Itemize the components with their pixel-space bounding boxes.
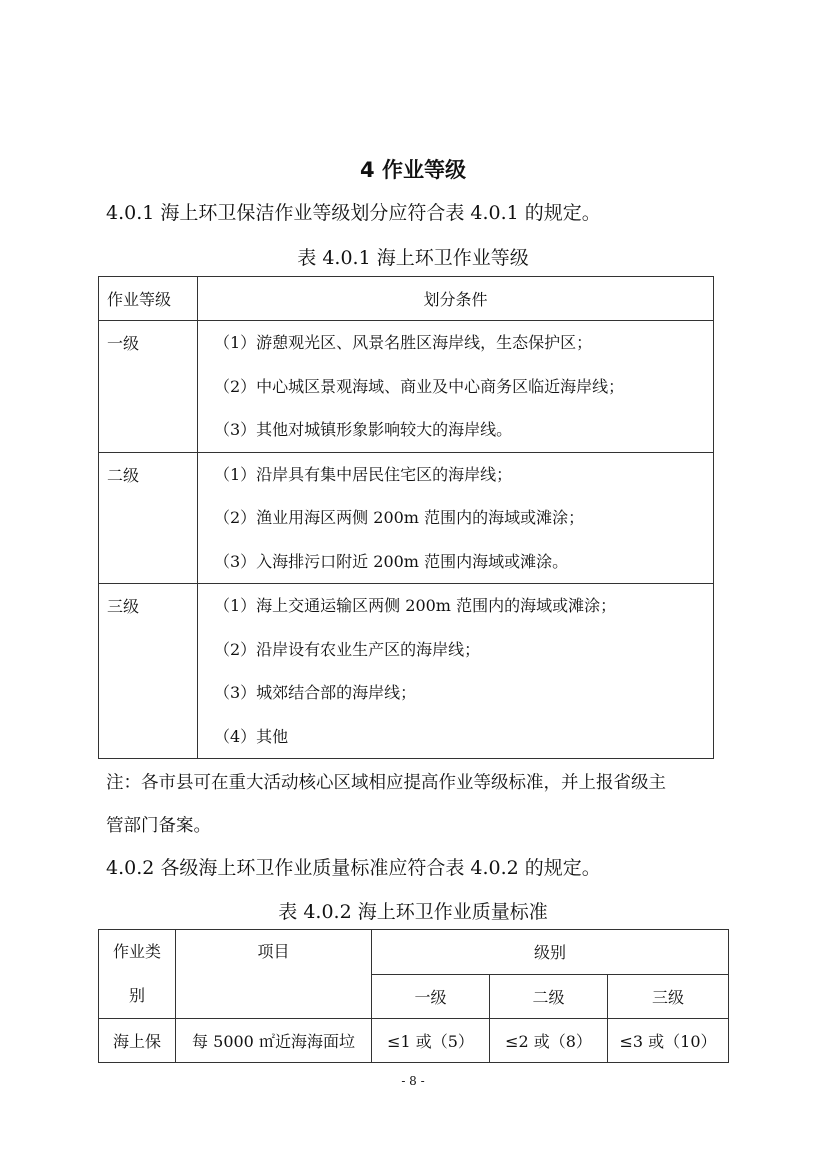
table2-caption: 表 4.0.2 海上环卫作业质量标准 [0,897,826,924]
table-row: 三级 （1）海上交通运输区两侧 200m 范围内的海域或滩涂； （2）沿岸设有农… [99,584,714,759]
table-header-row: 作业类 别 项目 级别 [99,930,729,975]
conditions-cell: （1）沿岸具有集中居民住宅区的海岸线； （2）渔业用海区两侧 200m 范围内的… [198,452,714,584]
grade-cell: 三级 [99,584,198,759]
section-heading: 4 作业等级 [0,154,826,184]
header-grade: 作业等级 [99,277,198,321]
grade-cell: 一级 [99,321,198,453]
condition-line: （1）海上交通运输区两侧 200m 范围内的海域或滩涂； [214,584,713,628]
header-level-2: 二级 [490,974,608,1019]
category-cell: 海上保 [99,1019,176,1063]
condition-line: （2）沿岸设有农业生产区的海岸线； [214,628,713,672]
condition-line: （2）渔业用海区两侧 200m 范围内的海域或滩涂； [214,496,713,540]
note-line-2: 管部门备案。 [106,812,211,837]
conditions-cell: （1）海上交通运输区两侧 200m 范围内的海域或滩涂； （2）沿岸设有农业生产… [198,584,714,759]
condition-line: （3）城郊结合部的海岸线； [214,671,713,715]
header-level-1: 一级 [372,974,490,1019]
table1-caption: 表 4.0.1 海上环卫作业等级 [0,243,826,270]
condition-line: （4）其他 [214,715,713,759]
note-line-1: 注：各市县可在重大活动核心区域相应提高作业等级标准，并上报省级主 [106,769,666,794]
header-level: 级别 [372,930,729,975]
table-work-grades: 作业等级 划分条件 一级 （1）游憩观光区、风景名胜区海岸线，生态保护区； （2… [98,276,714,759]
condition-line: （2）中心城区景观海域、商业及中心商务区临近海岸线； [214,365,713,409]
header-category-line2: 别 [99,974,175,1018]
table-row: 一级 （1）游憩观光区、风景名胜区海岸线，生态保护区； （2）中心城区景观海域、… [99,321,714,453]
level-1-value: ≤1 或（5） [372,1019,490,1063]
header-level-3: 三级 [608,974,729,1019]
header-item: 项目 [176,930,372,1019]
item-cell: 每 5000 ㎡近海海面垃 [176,1019,372,1063]
header-category-line1: 作业类 [99,930,175,974]
condition-line: （1）沿岸具有集中居民住宅区的海岸线； [214,453,713,497]
condition-line: （1）游憩观光区、风景名胜区海岸线，生态保护区； [214,321,713,365]
table-row: 二级 （1）沿岸具有集中居民住宅区的海岸线； （2）渔业用海区两侧 200m 范… [99,452,714,584]
header-conditions: 划分条件 [198,277,714,321]
clause-4-0-2: 4.0.2 各级海上环卫作业质量标准应符合表 4.0.2 的规定。 [106,853,601,880]
conditions-cell: （1）游憩观光区、风景名胜区海岸线，生态保护区； （2）中心城区景观海域、商业及… [198,321,714,453]
grade-cell: 二级 [99,452,198,584]
condition-line: （3）其他对城镇形象影响较大的海岸线。 [214,408,713,452]
table-row: 海上保 每 5000 ㎡近海海面垃 ≤1 或（5） ≤2 或（8） ≤3 或（1… [99,1019,729,1063]
header-category: 作业类 别 [99,930,176,1019]
table-quality-standards: 作业类 别 项目 级别 一级 二级 三级 海上保 每 5000 ㎡近海海面垃 ≤… [98,929,729,1063]
page-number: - 8 - [0,1074,826,1088]
table-header-row: 作业等级 划分条件 [99,277,714,321]
clause-4-0-1: 4.0.1 海上环卫保洁作业等级划分应符合表 4.0.1 的规定。 [106,198,601,225]
level-3-value: ≤3 或（10） [608,1019,729,1063]
condition-line: （3）入海排污口附近 200m 范围内海域或滩涂。 [214,540,713,584]
level-2-value: ≤2 或（8） [490,1019,608,1063]
